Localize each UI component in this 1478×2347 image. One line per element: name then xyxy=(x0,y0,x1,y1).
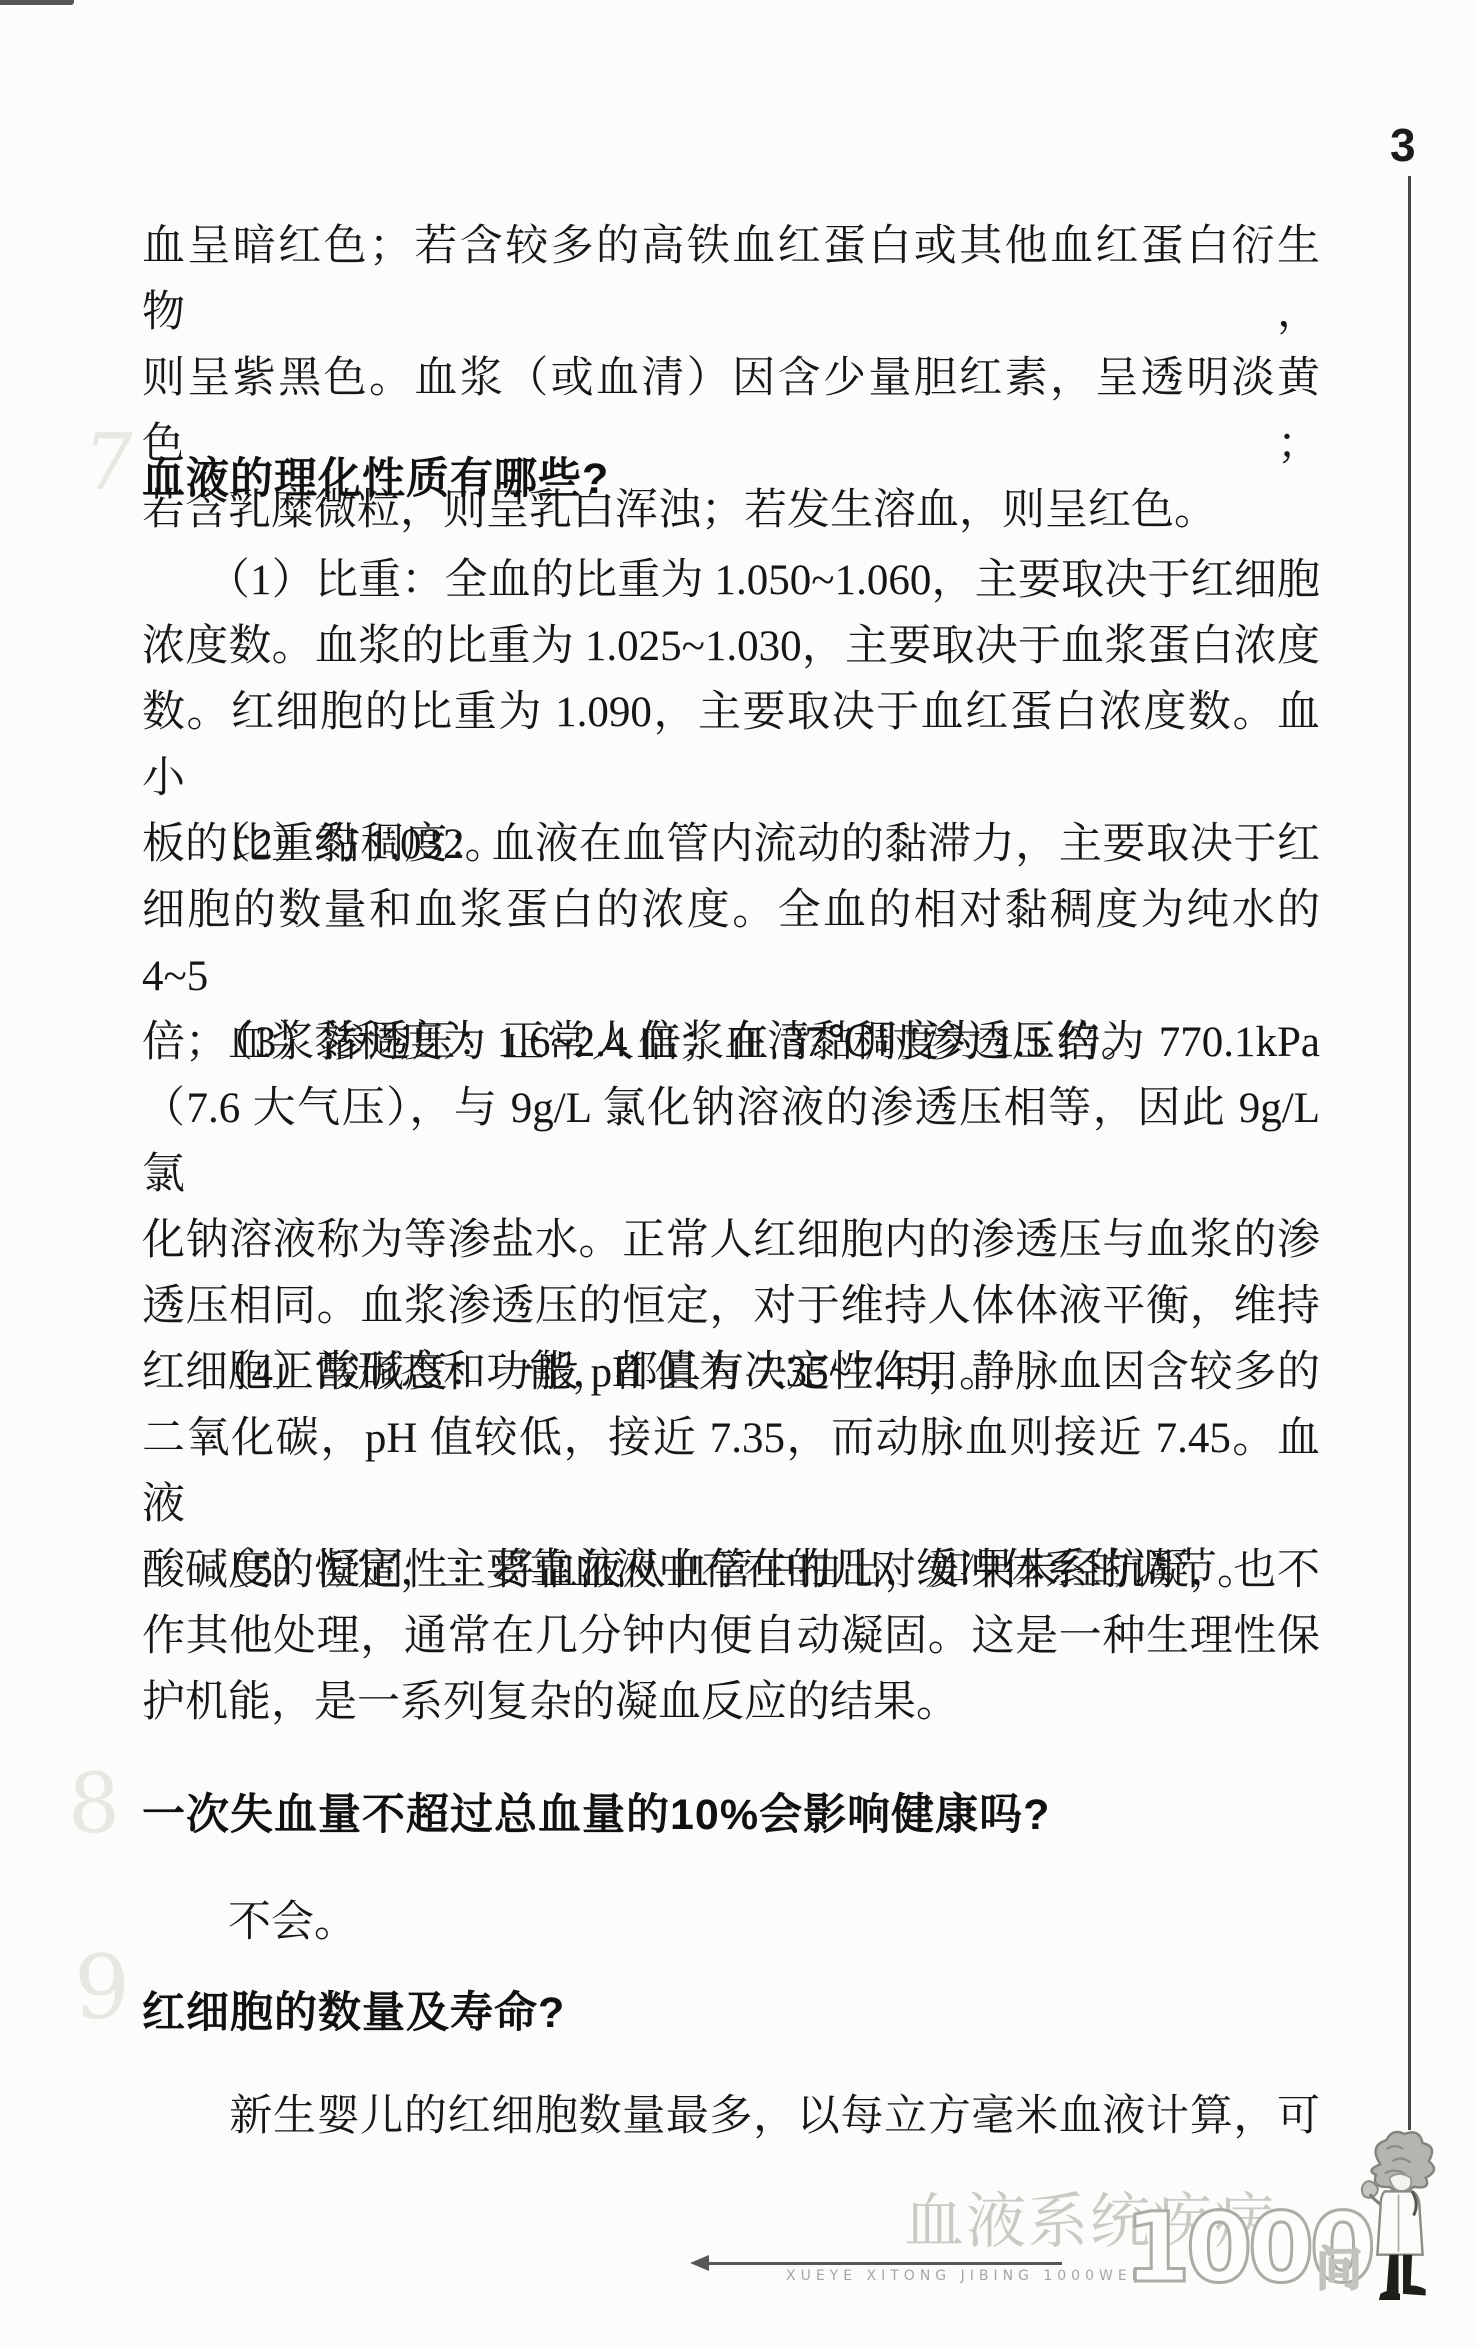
text-line: （5）凝固性：将血液从血管中抽出，如果未经抗凝，也不 xyxy=(142,1538,1320,1604)
text-line: （2）黏稠度：血液在血管内流动的黏滞力，主要取决于红 xyxy=(142,812,1320,878)
text-line: 作其他处理，通常在几分钟内便自动凝固。这是一种生理性保 xyxy=(142,1604,1320,1670)
text-line: 二氧化碳，pH 值较低，接近 7.35，而动脉血则接近 7.45。血液 xyxy=(142,1406,1320,1538)
text-line: 浓度数。血浆的比重为 1.025~1.030，主要取决于血浆蛋白浓度 xyxy=(142,614,1320,680)
book-page: 3 7 8 9 血呈暗红色；若含较多的高铁血红蛋白或其他血红蛋白衍生物，则呈紫黑… xyxy=(0,0,1478,2347)
margin-question-number-8: 8 xyxy=(68,1764,120,1846)
text-line: （1）比重：全血的比重为 1.050~1.060，主要取决于红细胞 xyxy=(142,548,1320,614)
text-column: 血呈暗红色；若含较多的高铁血红蛋白或其他血红蛋白衍生物，则呈紫黑色。血浆（或血清… xyxy=(142,0,1320,2347)
question-heading: 红细胞的数量及寿命? xyxy=(142,1986,1320,2040)
body-paragraph: （5）凝固性：将血液从血管中抽出，如果未经抗凝，也不作其他处理，通常在几分钟内便… xyxy=(142,1538,1320,1736)
text-line: 化钠溶液称为等渗盐水。正常人红细胞内的渗透压与血浆的渗 xyxy=(142,1208,1320,1274)
text-line: 新生婴儿的红细胞数量最多，以每立方毫米血液计算，可 xyxy=(142,2084,1320,2150)
text-line: 数。红细胞的比重为 1.090，主要取决于血红蛋白浓度数。血小 xyxy=(142,680,1320,812)
doctor-mascot-icon xyxy=(1356,2128,1444,2306)
question-heading: 血液的理化性质有哪些? xyxy=(142,452,1320,506)
text-line: 护机能，是一系列复杂的凝血反应的结果。 xyxy=(142,1670,1320,1736)
text-line: （3）渗透压：正常人血浆在 37℃时渗透压约为 770.1kPa xyxy=(142,1010,1320,1076)
margin-question-number-9: 9 xyxy=(74,1944,130,2032)
text-line: （7.6 大气压），与 9g/L 氯化钠溶液的渗透压相等，因此 9g/L 氯 xyxy=(142,1076,1320,1208)
text-line: （4）酸碱度：一般 pH 值为 7.35~7.45，静脉血因含较多的 xyxy=(142,1340,1320,1406)
body-paragraph: 不会。 xyxy=(142,1890,1320,1956)
text-line: 不会。 xyxy=(142,1890,1320,1956)
footer-pinyin-caption: XUEYE XITONG JIBING 1000WEN xyxy=(786,2268,1086,2284)
body-paragraph: 新生婴儿的红细胞数量最多，以每立方毫米血液计算，可 xyxy=(142,2084,1320,2150)
footer-rule xyxy=(706,2262,1062,2265)
question-heading: 一次失血量不超过总血量的10%会影响健康吗? xyxy=(142,1788,1320,1842)
text-line: 细胞的数量和血浆蛋白的浓度。全血的相对黏稠度为纯水的 4~5 xyxy=(142,878,1320,1010)
text-line: 透压相同。血浆渗透压的恒定，对于维持人体体液平衡，维持 xyxy=(142,1274,1320,1340)
page-number: 3 xyxy=(1390,122,1450,168)
text-line: 血呈暗红色；若含较多的高铁血红蛋白或其他血红蛋白衍生物， xyxy=(142,214,1320,346)
margin-question-number-7: 7 xyxy=(79,424,140,502)
right-margin-rule xyxy=(1408,176,1411,2130)
scan-smudge xyxy=(0,0,74,5)
